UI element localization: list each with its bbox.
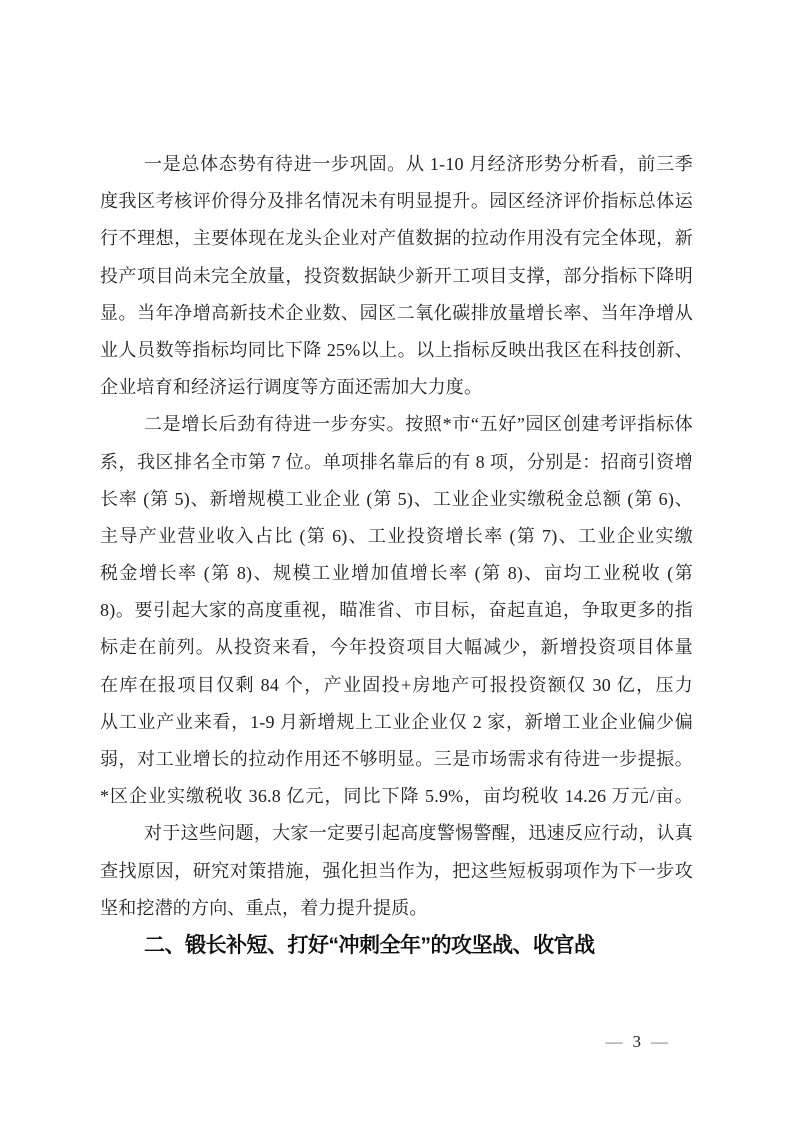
text-line: 长率 (第 5)、新增规模工业企业 (第 5)、工业企业实缴税金总额 (第 6)… (100, 481, 693, 518)
text-line: 坚和挖潜的方向、重点，着力提升提质。 (100, 890, 693, 927)
text-line: 投产项目尚未完全放量，投资数据缺少新开工项目支撑，部分指标下降明 (100, 258, 693, 295)
text-line: 在库在报项目仅剩 84 个，产业固投+房地产可报投资额仅 30 亿，压力大。 (100, 667, 693, 704)
text-line: 8)。要引起大家的高度重视，瞄准省、市目标，奋起直追，争取更多的指 (100, 592, 693, 629)
footer-dash-right: — (651, 1032, 668, 1051)
document-body: 一是总体态势有待进一步巩固。从 1-10 月经济形势分析看，前三季 度我区考核评… (100, 146, 693, 964)
paragraph-growth-momentum: 二是增长后劲有待进一步夯实。按照*市“五好”园区创建考评指标体 系，我区排名全市… (100, 406, 693, 815)
text-line: 度我区考核评价得分及排名情况未有明显提升。园区经济评价指标总体运 (100, 183, 693, 220)
text-line: 系，我区排名全市第 7 位。单项排名靠后的有 8 项，分别是：招商引资增 (100, 444, 693, 481)
text-line: 行不理想，主要体现在龙头企业对产值数据的拉动作用没有完全体现，新 (100, 220, 693, 257)
text-line: 二是增长后劲有待进一步夯实。按照*市“五好”园区创建考评指标体 (100, 406, 693, 443)
page-number: 3 (623, 1032, 652, 1051)
paragraph-overall-situation: 一是总体态势有待进一步巩固。从 1-10 月经济形势分析看，前三季 度我区考核评… (100, 146, 693, 406)
paragraph-call-to-action: 对于这些问题，大家一定要引起高度警惕警醒，迅速反应行动，认真 查找原因，研究对策… (100, 815, 693, 927)
text-line: 业人员数等指标均同比下降 25%以上。以上指标反映出我区在科技创新、 (100, 332, 693, 369)
footer-dash-left: — (606, 1032, 623, 1051)
text-line: 标走在前列。从投资来看，今年投资项目大幅减少，新增投资项目体量小， (100, 629, 693, 666)
section-heading-text: 二、锻长补短、打好“冲刺全年”的攻坚战、收官战 (100, 927, 693, 964)
text-line: 主导产业营业收入占比 (第 6)、工业投资增长率 (第 7)、工业企业实缴 (100, 518, 693, 555)
text-line: 一是总体态势有待进一步巩固。从 1-10 月经济形势分析看，前三季 (100, 146, 693, 183)
page-footer: —3— (606, 1031, 669, 1053)
text-line: 查找原因，研究对策措施，强化担当作为，把这些短板弱项作为下一步攻 (100, 853, 693, 890)
text-line: 显。当年净增高新技术企业数、园区二氧化碳排放量增长率、当年净增从 (100, 295, 693, 332)
text-line: 从工业产业来看，1-9 月新增规上工业企业仅 2 家，新增工业企业偏少偏 (100, 704, 693, 741)
text-line: 税金增长率 (第 8)、规模工业增加值增长率 (第 8)、亩均工业税收 (第 (100, 555, 693, 592)
document-page: 一是总体态势有待进一步巩固。从 1-10 月经济形势分析看，前三季 度我区考核评… (0, 0, 793, 1122)
text-line: 企业培育和经济运行调度等方面还需加大力度。 (100, 369, 693, 406)
text-line: 对于这些问题，大家一定要引起高度警惕警醒，迅速反应行动，认真 (100, 815, 693, 852)
text-line: 弱，对工业增长的拉动作用还不够明显。三是市场需求有待进一步提振。 (100, 741, 693, 778)
text-line: *区企业实缴税收 36.8 亿元，同比下降 5.9%，亩均税收 14.26 万元… (100, 778, 693, 815)
section-heading: 二、锻长补短、打好“冲刺全年”的攻坚战、收官战 (100, 927, 693, 964)
